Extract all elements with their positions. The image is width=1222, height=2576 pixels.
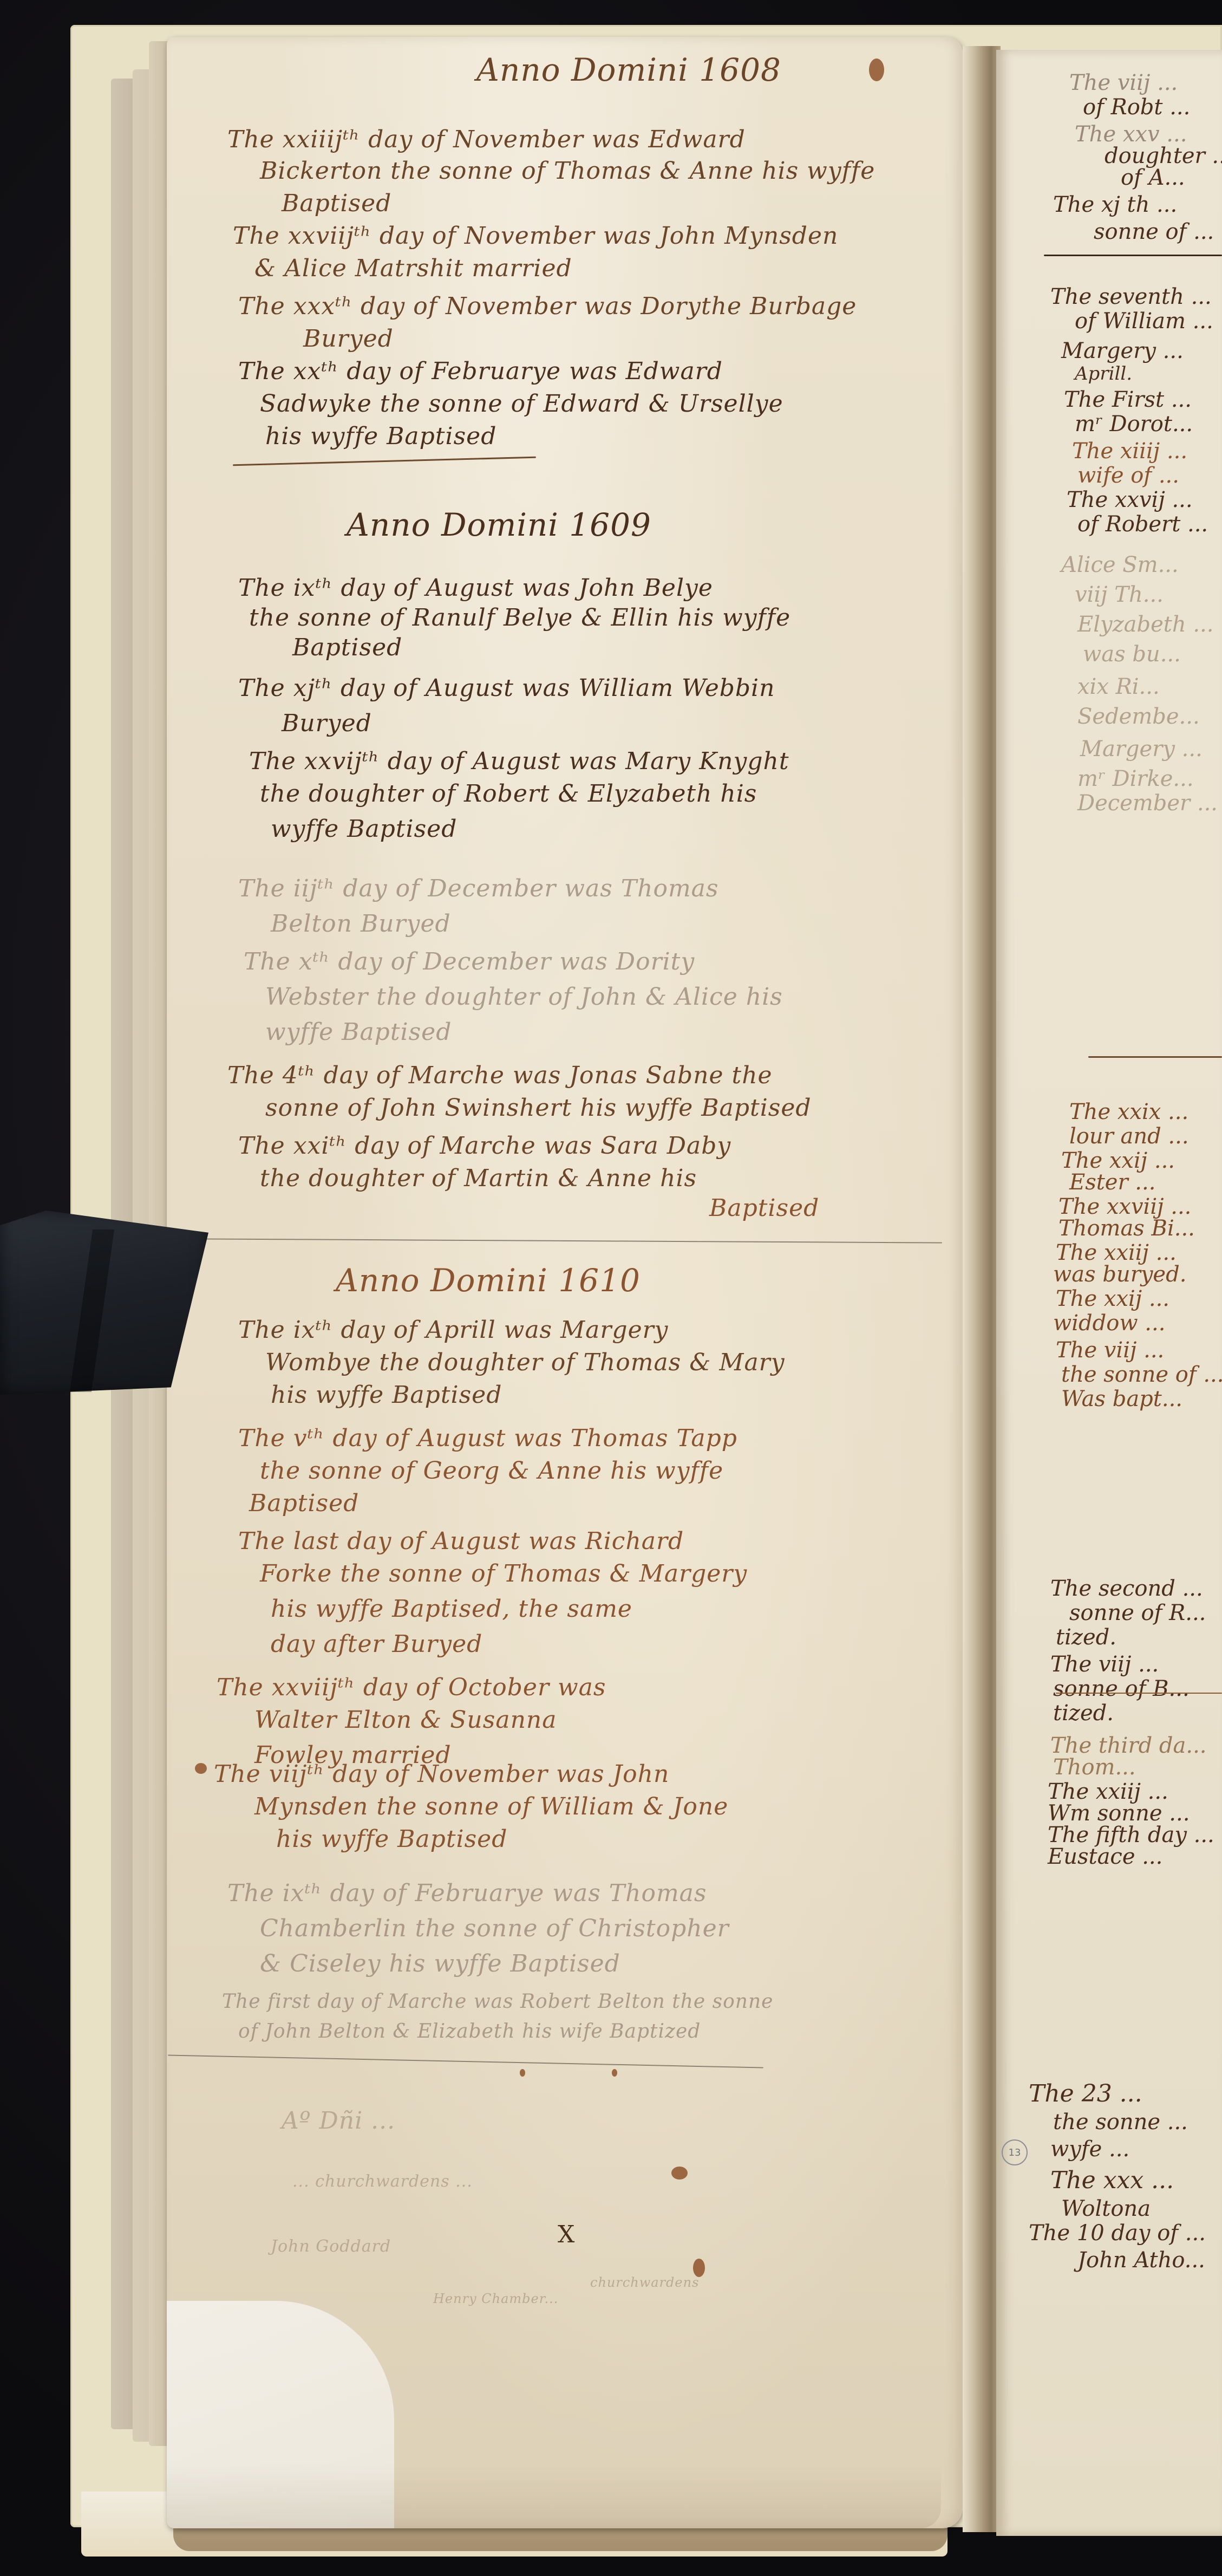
entry-line: The first day of Marche was Robert Belto… xyxy=(222,1990,773,2013)
entry-line: The xxiᵗʰ day of Marche was Sara Daby xyxy=(238,1132,731,1160)
entry-line: The viijᵗʰ day of November was John xyxy=(214,1760,669,1788)
right-fragment: was bu... xyxy=(1083,642,1181,667)
right-fragment: mʳ Dirke... xyxy=(1077,766,1194,791)
year-heading-1609: Anno Domini 1609 xyxy=(347,506,651,543)
right-fragment: sonne of B... xyxy=(1053,1676,1190,1701)
right-fragment: sonne of ... xyxy=(1094,219,1214,244)
entry-line: Mynsden the sonne of William & Jone xyxy=(254,1793,728,1820)
page-shadow xyxy=(167,2463,941,2528)
right-fragment: xix Ri... xyxy=(1077,674,1160,699)
entry-line: his wyffe Baptised, the same xyxy=(271,1595,632,1623)
entry-line: Walter Elton & Susanna xyxy=(254,1706,557,1734)
foxing-stain xyxy=(671,2167,688,2180)
entry-line: Webster the doughter of John & Alice his xyxy=(265,983,783,1011)
right-fragment: Sedembe... xyxy=(1077,704,1200,729)
binding-gutter xyxy=(963,46,1001,2532)
entry-line: The xxviijᵗʰ day of October was xyxy=(217,1674,606,1701)
entry-line: Buryed xyxy=(282,710,372,737)
entry-line: & Ciseley his wyffe Baptised xyxy=(260,1950,620,1977)
right-fragment: Ester ... xyxy=(1069,1170,1155,1195)
entry-line: day after Buryed xyxy=(271,1630,482,1658)
section-divider xyxy=(1056,1693,1222,1694)
right-fragment: The xiiij ... xyxy=(1072,439,1187,464)
right-fragment: of William ... xyxy=(1075,309,1213,334)
right-fragment: Margery ... xyxy=(1061,339,1184,363)
entry-line: Buryed xyxy=(303,325,394,353)
right-fragment: Alice Sm... xyxy=(1061,552,1179,577)
ink-stain xyxy=(869,58,884,81)
entry-line: The xᵗʰ day of December was Dority xyxy=(244,948,695,975)
right-fragment: the sonne ... xyxy=(1053,2110,1188,2135)
entry-line: sonne of John Swinshert his wyffe Baptis… xyxy=(265,1094,812,1122)
right-fragment: The First ... xyxy=(1064,387,1192,412)
right-fragment: The xxvij ... xyxy=(1067,487,1193,512)
entry-line: Forke the sonne of Thomas & Margery xyxy=(260,1560,747,1588)
anno-note: Aº Dñi ... xyxy=(282,2107,395,2135)
entry-line: Baptised xyxy=(709,1194,819,1222)
signature-mark: X xyxy=(558,2221,575,2248)
right-fragment: wyfe ... xyxy=(1050,2137,1129,2162)
entry-line: Baptised xyxy=(282,190,391,217)
right-fragment: viij Th... xyxy=(1075,582,1164,607)
entry-line: The iijᵗʰ day of December was Thomas xyxy=(238,875,719,902)
right-fragment: of Robert ... xyxy=(1077,512,1208,537)
entry-line: The vᵗʰ day of August was Thomas Tapp xyxy=(238,1424,737,1452)
right-fragment: of Robt ... xyxy=(1083,95,1190,120)
right-fragment: The 10 day of ... xyxy=(1029,2221,1206,2246)
year-heading-1608: Anno Domini 1608 xyxy=(476,51,781,88)
right-fragment: The xj th ... xyxy=(1053,192,1177,217)
entry-line: Baptised xyxy=(249,1489,359,1517)
right-fragment: The xxx ... xyxy=(1050,2167,1174,2194)
entry-line: wyffe Baptised xyxy=(271,815,457,843)
foxing-stain xyxy=(693,2259,705,2277)
right-fragment: Elyzabeth ... xyxy=(1077,612,1213,637)
entry-line: The xxᵗʰ day of Februarye was Edward xyxy=(238,357,723,385)
entry-line: Bickerton the sonne of Thomas & Anne his… xyxy=(260,157,875,185)
churchwardens-note: churchwardens xyxy=(590,2275,699,2290)
right-fragment: the sonne of ... xyxy=(1061,1362,1222,1387)
right-fragment: Thomas Bi... xyxy=(1058,1216,1195,1241)
entry-line: The xjᵗʰ day of August was William Webbi… xyxy=(238,674,775,702)
right-fragment: was buryed. xyxy=(1053,1262,1186,1287)
entry-line: The xxvijᵗʰ day of August was Mary Knygh… xyxy=(249,747,789,775)
right-fragment: John Atho... xyxy=(1077,2248,1205,2273)
right-fragment: Thom... xyxy=(1053,1755,1136,1780)
right-fragment: The viij ... xyxy=(1050,1652,1159,1677)
right-fragment: The 23 ... xyxy=(1029,2080,1142,2107)
right-fragment: Eustace ... xyxy=(1048,1844,1162,1869)
entry-line: Wombye the doughter of Thomas & Mary xyxy=(265,1349,785,1376)
entry-line: & Alice Matrshit married xyxy=(254,255,572,282)
right-fragment: The viij ... xyxy=(1069,70,1178,95)
second-name-note: Henry Chamber... xyxy=(433,2291,558,2306)
signature-name: John Goddard xyxy=(271,2237,391,2256)
right-fragment: Was bapt... xyxy=(1061,1387,1182,1411)
faint-note: ... churchwardens ... xyxy=(292,2172,473,2191)
right-fragment: lour and ... xyxy=(1069,1124,1189,1149)
right-fragment: The seventh ... xyxy=(1050,284,1212,309)
entry-line: The xxiiijᵗʰ day of November was Edward xyxy=(227,126,746,153)
right-fragment: wife of ... xyxy=(1077,463,1179,488)
ink-blot xyxy=(195,1763,207,1774)
right-fragment: tized. xyxy=(1053,1701,1114,1726)
year-heading-1610: Anno Domini 1610 xyxy=(336,1262,641,1299)
folio-number: 13 xyxy=(1002,2139,1028,2165)
entry-line: of John Belton & Elizabeth his wife Bapt… xyxy=(238,2020,701,2042)
entry-line: wyffe Baptised xyxy=(265,1018,452,1046)
entry-line: Belton Buryed xyxy=(271,910,451,938)
entry-line: The 4ᵗʰ day of Marche was Jonas Sabne th… xyxy=(227,1062,773,1089)
entry-line: the doughter of Martin & Anne his xyxy=(260,1165,697,1192)
entry-line: The xxxᵗʰ day of November was Dorythe Bu… xyxy=(238,292,857,320)
entry-line: The last day of August was Richard xyxy=(238,1527,684,1555)
entry-line: his wyffe Baptised xyxy=(276,1825,507,1853)
right-fragment: of A... xyxy=(1121,165,1185,190)
right-fragment: The second ... xyxy=(1050,1576,1203,1601)
right-fragment: The xxij ... xyxy=(1056,1286,1169,1311)
entry-line: Chamberlin the sonne of Christopher xyxy=(260,1915,729,1942)
foxing-stain xyxy=(612,2069,617,2077)
entry-line: the doughter of Robert & Elyzabeth his xyxy=(260,780,757,808)
entry-line: his wyffe Baptised xyxy=(271,1381,502,1409)
entry-line: The ixᵗʰ day of August was John Belye xyxy=(238,574,713,602)
right-fragment: The xxix ... xyxy=(1069,1100,1188,1124)
entry-line: Baptised xyxy=(292,634,402,661)
foxing-stain xyxy=(520,2069,525,2077)
entry-line: the sonne of Ranulf Belye & Ellin his wy… xyxy=(249,604,790,632)
entry-line: his wyffe Baptised xyxy=(265,422,496,450)
right-fragment: tized. xyxy=(1056,1625,1116,1650)
right-fragment: The viij ... xyxy=(1056,1338,1164,1363)
right-fragment: mʳ Dorot... xyxy=(1075,412,1193,437)
right-fragment: Woltona xyxy=(1061,2196,1151,2221)
entry-line: the sonne of Georg & Anne his wyffe xyxy=(260,1457,723,1485)
section-divider xyxy=(1088,1056,1222,1058)
entry-line: The xxviijᵗʰ day of November was John My… xyxy=(233,222,838,250)
right-fragment: Margery ... xyxy=(1080,737,1203,762)
right-fragment: December ... xyxy=(1077,791,1218,816)
section-divider xyxy=(1044,255,1222,256)
right-fragment: widdow ... xyxy=(1053,1311,1165,1336)
entry-line: Sadwyke the sonne of Edward & Ursellye xyxy=(260,390,783,418)
right-fragment: sonne of R... xyxy=(1069,1601,1206,1625)
entry-line: The ixᵗʰ day of Aprill was Margery xyxy=(238,1316,669,1344)
right-fragment: Aprill. xyxy=(1075,363,1132,385)
entry-line: The ixᵗʰ day of Februarye was Thomas xyxy=(227,1879,707,1907)
